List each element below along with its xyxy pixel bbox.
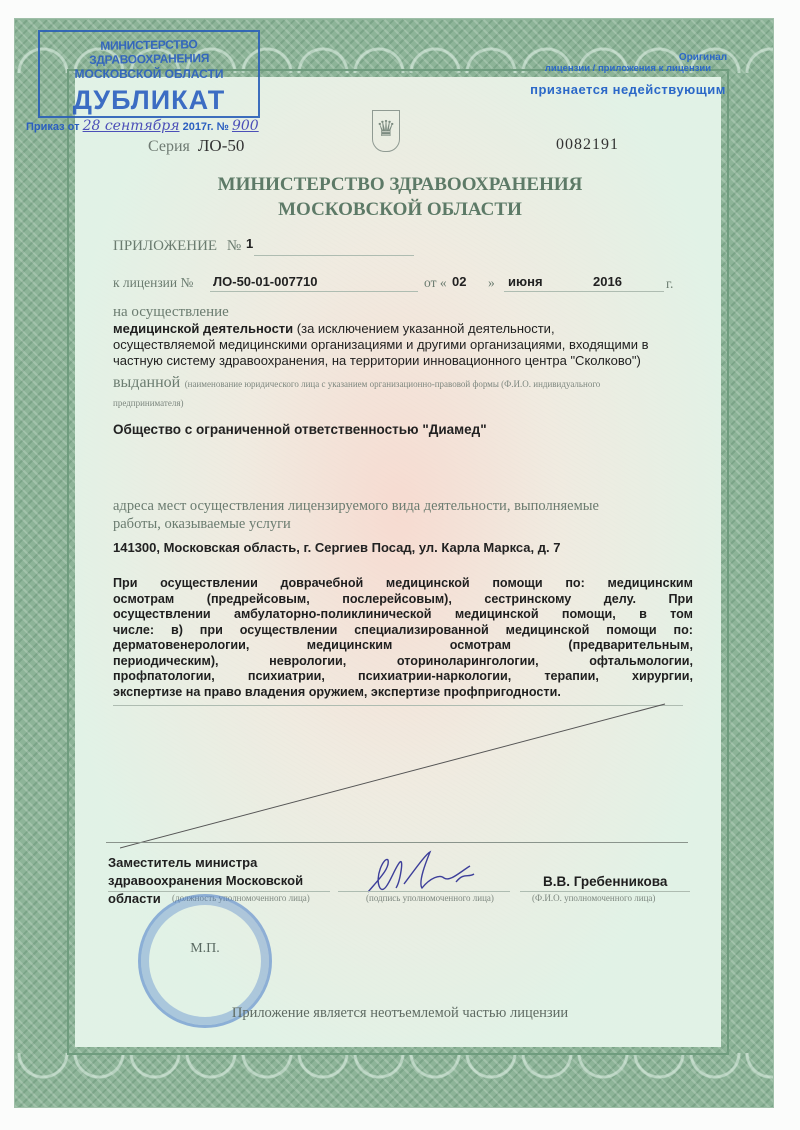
series: Серия ЛО-50 (148, 136, 244, 156)
issued-to-label-text: выданной (113, 374, 180, 391)
license-date-line (504, 291, 664, 292)
addresses-label: адреса мест осуществления лицензируемого… (113, 497, 693, 533)
stamp-original-line: Оригинал (508, 52, 748, 63)
stamp-license-line: лицензии / приложения к лицензии (508, 63, 748, 74)
position-line (108, 891, 330, 892)
order-prefix: Приказ от (26, 121, 80, 133)
addresses-label-line1: адреса мест осуществления лицензируемого… (113, 497, 693, 515)
original-invalid-stamp: Оригинал лицензии / приложения к лицензи… (508, 52, 748, 97)
signatory-name: В.В. Гребенникова (543, 873, 667, 891)
appendix-number-line (254, 254, 414, 256)
position-line1: Заместитель министра (108, 854, 303, 872)
services-line: При осуществлении доврачебной медицинско… (113, 576, 693, 592)
activity-text-line3: частную систему здравоохранения, на терр… (113, 353, 693, 369)
signature-caption: (подпись уполномоченного лица) (366, 893, 494, 903)
position-line2: здравоохранения Московской (108, 872, 303, 890)
order-year: 2017г. № (183, 121, 229, 133)
blank-space-cancel-line (120, 700, 680, 850)
addresses-label-line2: работы, оказываемые услуги (113, 515, 693, 533)
services-line: экспертизе на право владения оружием, эк… (113, 685, 693, 701)
name-caption: (Ф.И.О. уполномоченного лица) (532, 893, 655, 903)
series-label: Серия (148, 138, 190, 155)
appendix-number-sign: № (227, 238, 241, 254)
appendix-number: 1 (246, 236, 253, 251)
appendix-label: ПРИЛОЖЕНИЕ № (113, 238, 241, 255)
series-value: ЛО-50 (198, 136, 244, 155)
order-date: 28 сентября (83, 118, 180, 134)
license-date-from: от « (424, 275, 447, 291)
stamp-ministry-line: МИНИСТЕРСТВО ЗДРАВООХРАНЕНИЯ (40, 36, 258, 68)
seal-placeholder-label: М.П. (141, 941, 269, 957)
order-reference: Приказ от 28 сентября 2017г. № 900 (26, 118, 259, 134)
services-line: дерматовенерологии, медицинским осмотрам… (113, 638, 693, 654)
issued-to-caption: (наименование юридического лица с указан… (185, 379, 601, 389)
ministry-title-line2: МОСКОВСКОЙ ОБЛАСТИ (0, 197, 800, 222)
name-line (520, 891, 690, 892)
license-number-line (210, 291, 418, 292)
activity-address: 141300, Московская область, г. Сергиев П… (113, 540, 560, 555)
services-line: осмотрам (предрейсовым, послерейсовым), … (113, 592, 693, 608)
footer-note: Приложение является неотъемлемой частью … (0, 1005, 800, 1022)
stamp-invalid-line: признается недействующим (508, 82, 748, 97)
services-list: При осуществлении доврачебной медицинско… (113, 576, 693, 700)
activity-label: на осуществление (113, 304, 229, 321)
appendix-label-text: ПРИЛОЖЕНИЕ (113, 238, 217, 254)
ministry-title: МИНИСТЕРСТВО ЗДРАВООХРАНЕНИЯ МОСКОВСКОЙ … (0, 172, 800, 222)
activity-text-line1: (за исключением указанной деятельности, (293, 321, 554, 336)
signature-line (338, 891, 510, 892)
issued-to-label: выданной (наименование юридического лица… (113, 374, 693, 408)
form-number: 0082191 (556, 136, 619, 154)
activity-text: медицинской деятельности (за исключением… (113, 321, 693, 369)
ministry-title-line1: МИНИСТЕРСТВО ЗДРАВООХРАНЕНИЯ (0, 172, 800, 197)
license-day: 02 (452, 274, 466, 289)
signature-separator (106, 842, 688, 843)
issued-to-caption2: предпринимателя) (113, 398, 693, 408)
stamp-duplicate-title: ДУБЛИКАТ (40, 85, 258, 116)
license-quote-close: » (488, 275, 495, 291)
services-line: периодическим), неврологии, оториноларин… (113, 654, 693, 670)
license-number: ЛО-50-01-007710 (213, 274, 318, 289)
license-year: 2016 (593, 274, 622, 289)
license-month: июня (508, 274, 543, 289)
activity-text-line2: осуществляемой медицинскими организациям… (113, 337, 693, 353)
services-line: осуществлении амбулаторно-поликлиническо… (113, 607, 693, 623)
stamp-region-line: МОСКОВСКОЙ ОБЛАСТИ (40, 67, 258, 81)
licensee-name: Общество с ограниченной ответственностью… (113, 422, 487, 437)
duplicate-stamp: МИНИСТЕРСТВО ЗДРАВООХРАНЕНИЯ МОСКОВСКОЙ … (38, 30, 260, 118)
order-number: 900 (232, 118, 259, 134)
coat-of-arms-icon: ♛ (372, 110, 400, 152)
services-line: профпатологии, психиатрии, психиатрии-на… (113, 669, 693, 685)
license-label: к лицензии № (113, 275, 193, 291)
border-ornament-bottom (15, 1053, 773, 1101)
activity-type: медицинской деятельности (113, 321, 293, 336)
services-line: числе: в) при осуществлении специализиро… (113, 623, 693, 639)
license-year-suffix: г. (666, 276, 673, 292)
